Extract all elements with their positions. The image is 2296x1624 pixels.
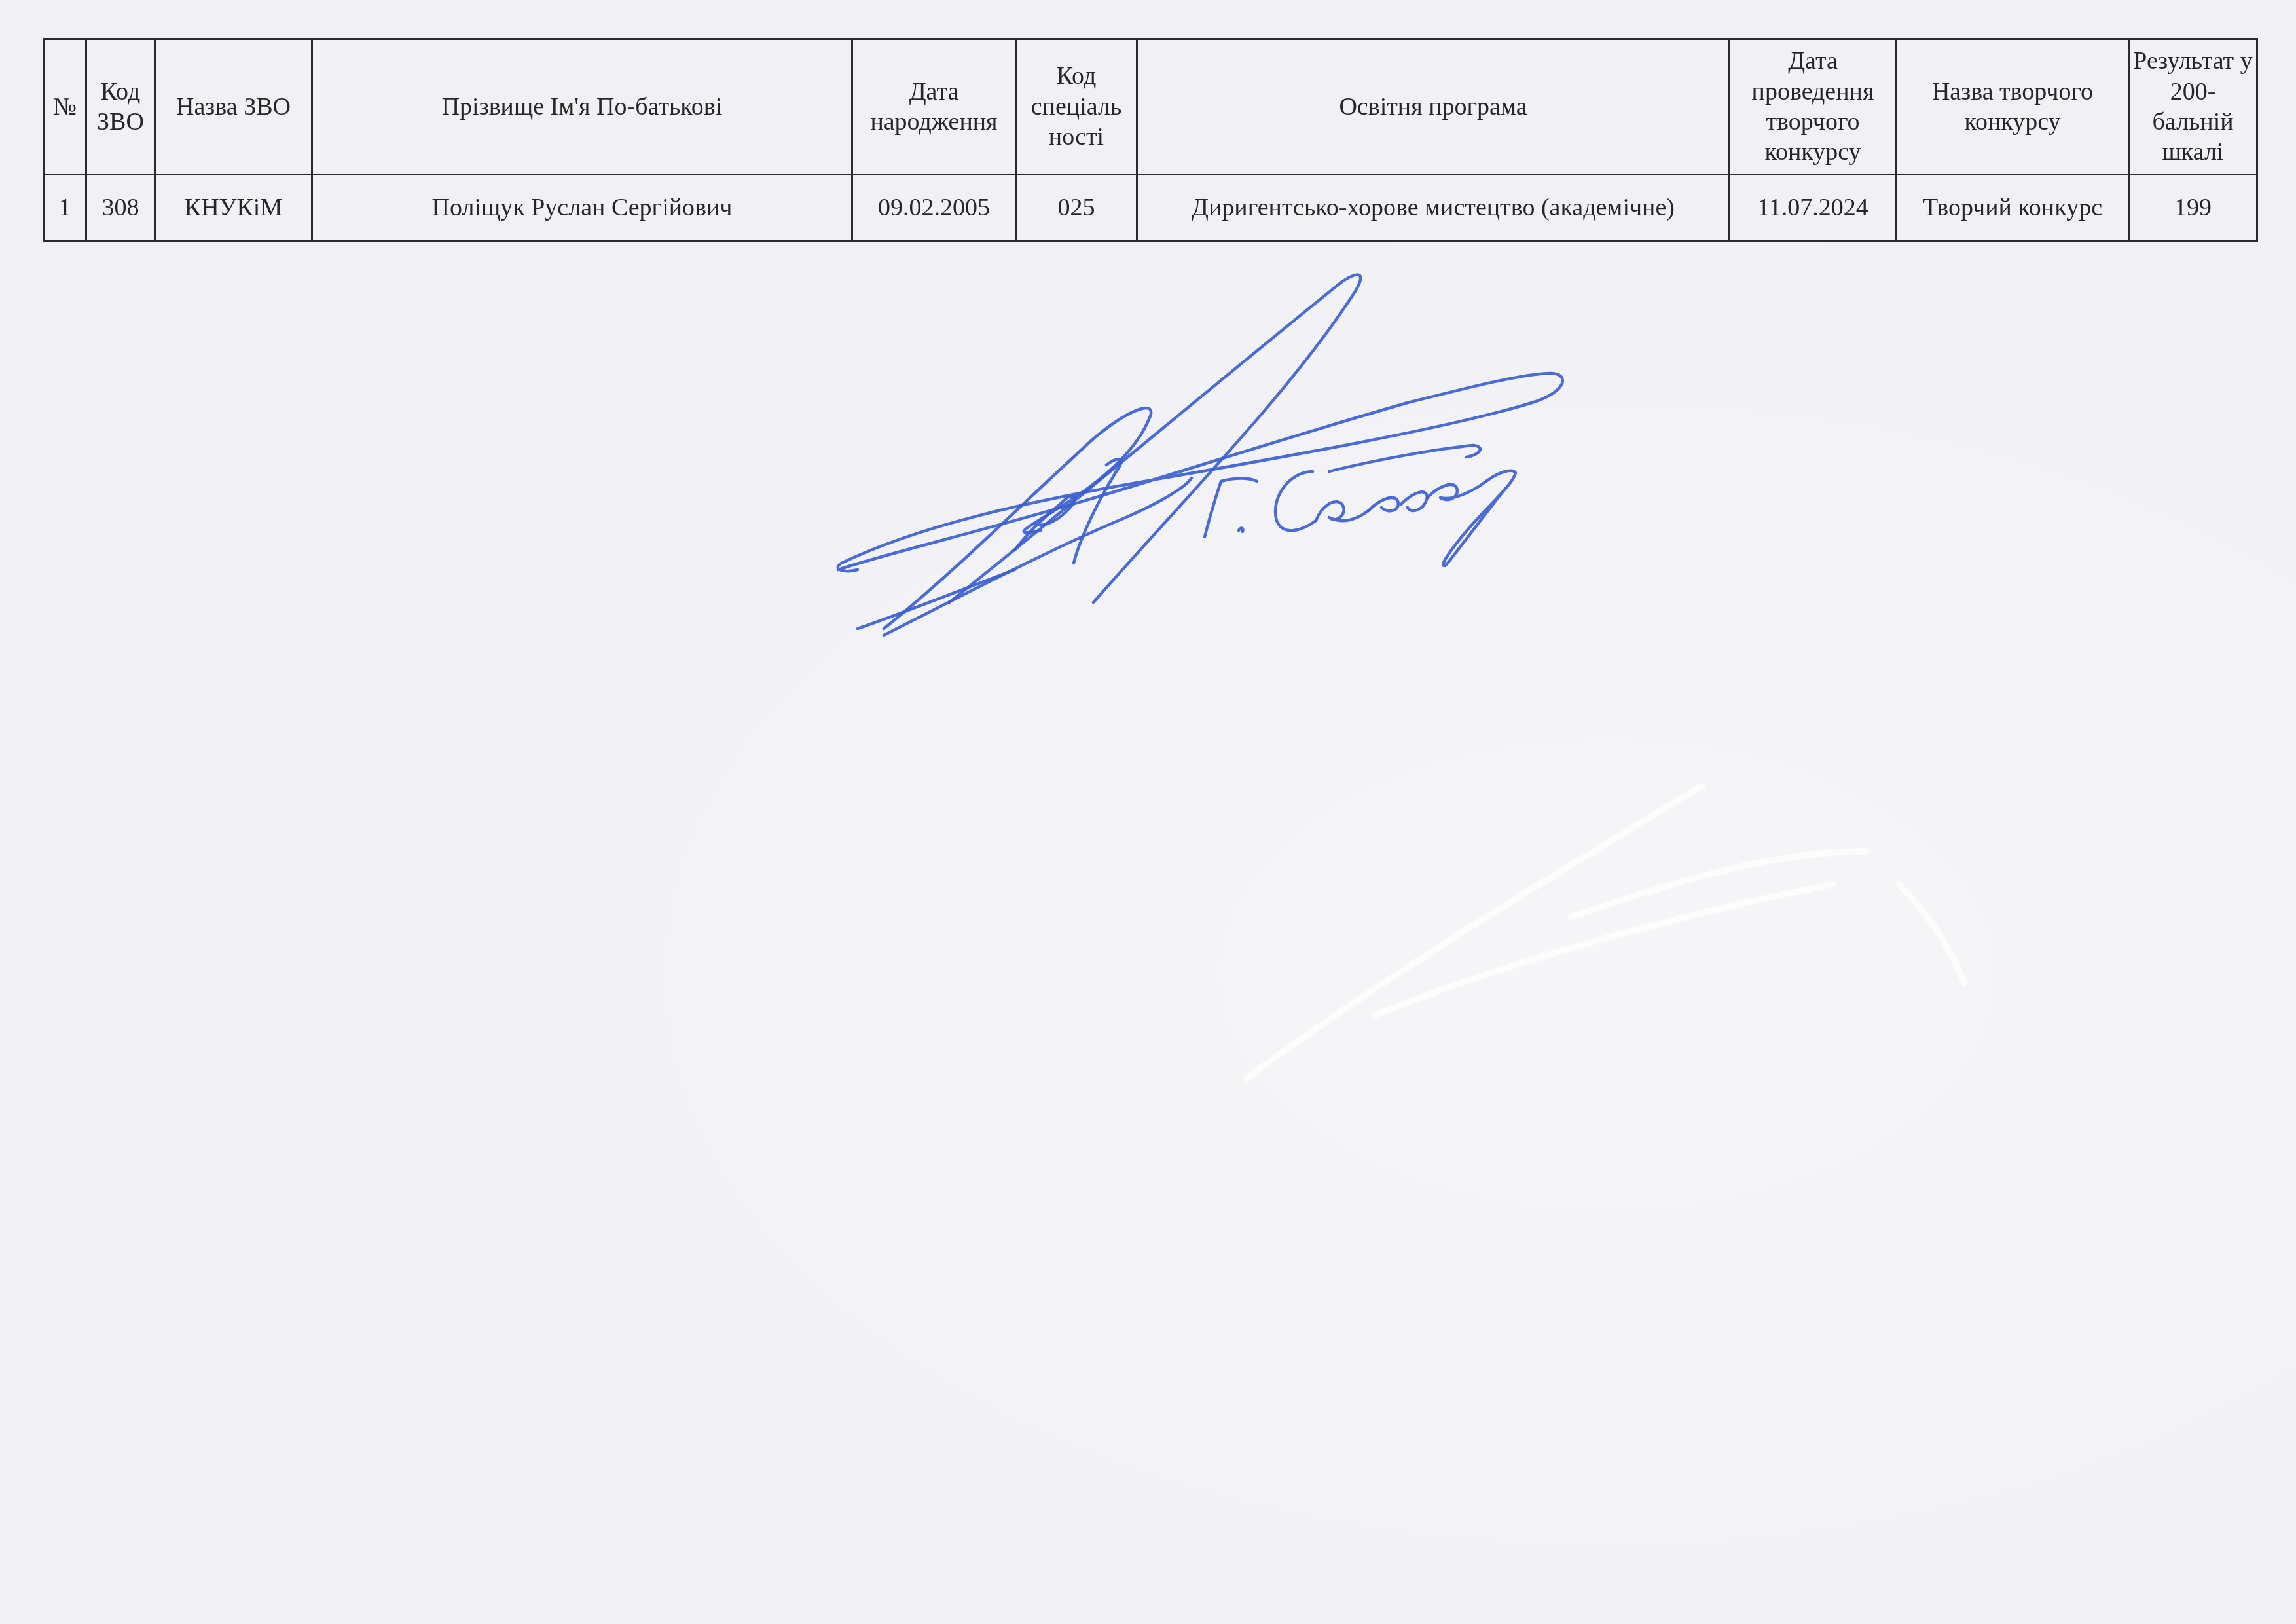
header-contest-date: Дата проведення творчого конкурсу <box>1730 39 1897 175</box>
cell-contest-name: Творчий конкурс <box>1897 175 2129 242</box>
header-program: Освітня програма <box>1137 39 1730 175</box>
cell-number: 1 <box>44 175 86 242</box>
header-institution-name: Назва ЗВО <box>155 39 312 175</box>
paper-emboss-decoration <box>1244 688 2095 1277</box>
table-body: 1 308 КНУКіМ Поліщук Руслан Сергійович 0… <box>44 175 2257 242</box>
header-institution-code: Код ЗВО <box>86 39 155 175</box>
table-header: № Код ЗВО Назва ЗВО Прізвище Ім'я По-бат… <box>44 39 2257 175</box>
cell-full-name: Поліщук Руслан Сергійович <box>312 175 852 242</box>
results-table: № Код ЗВО Назва ЗВО Прізвище Ім'я По-бат… <box>43 38 2258 242</box>
cell-program: Диригентсько-хорове мистецтво (академічн… <box>1137 175 1730 242</box>
cell-birth-date: 09.02.2005 <box>852 175 1016 242</box>
header-contest-name: Назва творчого конкурсу <box>1897 39 2129 175</box>
cell-contest-date: 11.07.2024 <box>1730 175 1897 242</box>
cell-institution-name: КНУКіМ <box>155 175 312 242</box>
header-specialty-code: Код спеціаль ності <box>1016 39 1137 175</box>
header-score: Результат у 200-бальній шкалі <box>2129 39 2257 175</box>
cell-score: 199 <box>2129 175 2257 242</box>
header-full-name: Прізвище Ім'я По-батькові <box>312 39 852 175</box>
cell-specialty-code: 025 <box>1016 175 1137 242</box>
header-number: № <box>44 39 86 175</box>
document-page: № Код ЗВО Назва ЗВО Прізвище Ім'я По-бат… <box>0 0 2296 1624</box>
table-row: 1 308 КНУКіМ Поліщук Руслан Сергійович 0… <box>44 175 2257 242</box>
header-row: № Код ЗВО Назва ЗВО Прізвище Ім'я По-бат… <box>44 39 2257 175</box>
header-birth-date: Дата народження <box>852 39 1016 175</box>
cell-institution-code: 308 <box>86 175 155 242</box>
signature-icon <box>818 262 1964 668</box>
